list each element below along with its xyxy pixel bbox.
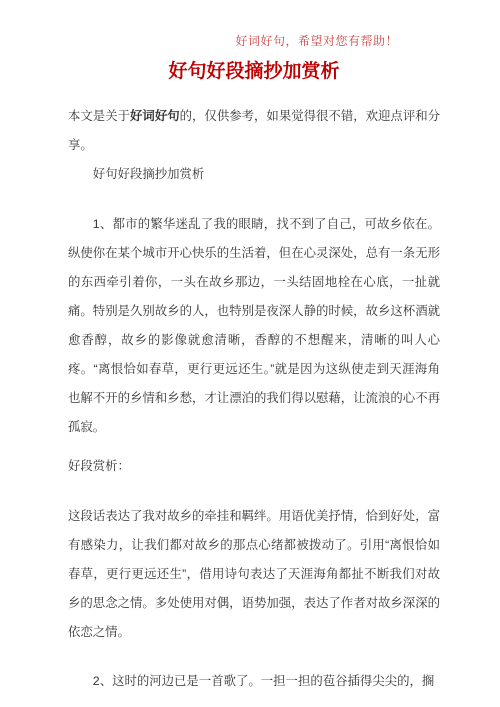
page-title: 好句好段摘抄加赏析 — [68, 59, 440, 85]
analysis-paragraph: 这段话表达了我对故乡的牵挂和羁绊。用语优美抒情，恰到好处，富有感染力，让我们都对… — [68, 502, 440, 647]
section-label: 好段赏析： — [68, 452, 440, 481]
document-page: 好词好句，希望对您有帮助！ 好句好段摘抄加赏析 本文是关于好词好句的，仅供参考，… — [0, 0, 500, 707]
intro-keyword: 好词好句 — [130, 109, 180, 123]
excerpt-paragraph-2: 2、这时的河边已是一首歌了。一担一担的苞谷插得尖尖的，搁 — [68, 667, 440, 696]
excerpt-paragraph-1: 1、都市的繁华迷乱了我的眼睛，找不到了自己，可故乡依在。纵使你在某个城市开心快乐… — [68, 210, 440, 442]
intro-prefix: 本文是关于 — [68, 109, 130, 123]
intro-paragraph: 本文是关于好词好句的，仅供参考，如果觉得很不错，欢迎点评和分享。 — [68, 102, 440, 160]
header-note: 好词好句，希望对您有帮助！ — [68, 33, 440, 49]
subtitle-line: 好句好段摘抄加赏析 — [68, 160, 440, 189]
